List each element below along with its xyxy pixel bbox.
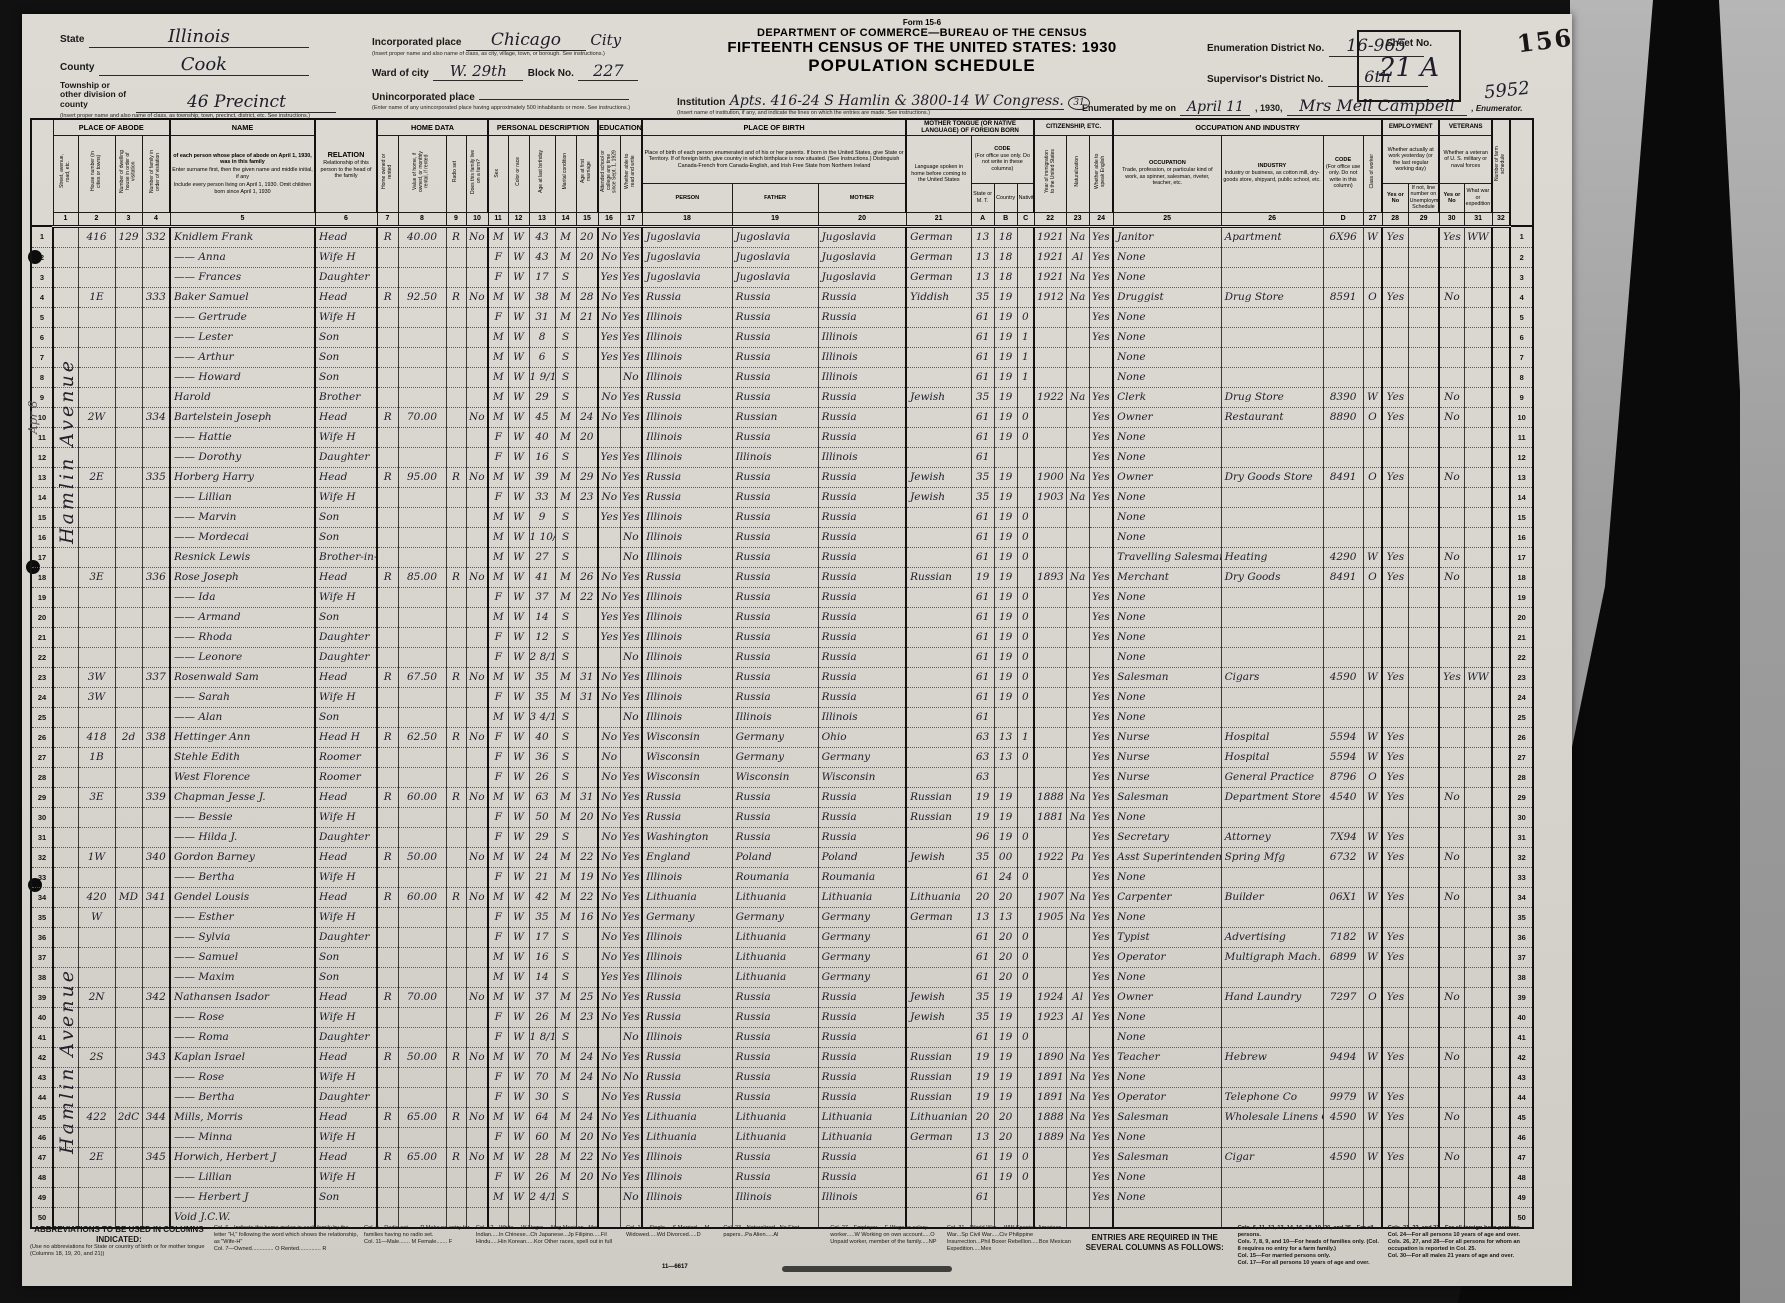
name-desc-2: Enter surname first, then the given name… — [171, 166, 314, 181]
code-a-header: State or M. T. — [971, 184, 994, 213]
dwelling-number — [115, 807, 142, 827]
occupation: Operator — [1113, 1087, 1221, 1107]
home-value: 50.00 — [398, 847, 446, 867]
street — [53, 907, 78, 927]
name: —— Sylvia — [170, 927, 315, 947]
speaks-english: Yes — [1089, 627, 1113, 647]
code-d: 06X1 — [1323, 887, 1363, 907]
column-number: B — [994, 212, 1017, 226]
war — [1464, 467, 1492, 487]
unemployment-line — [1408, 447, 1439, 467]
school: Yes — [598, 627, 620, 647]
farm-schedule — [1492, 347, 1510, 367]
age-first-marriage — [576, 1187, 598, 1207]
group-name: NAME — [170, 119, 315, 136]
war — [1464, 867, 1492, 887]
legend-entries-title-text: ENTRIES ARE REQUIRED IN THE SEVERAL COLU… — [1078, 1233, 1232, 1252]
read-write — [620, 747, 642, 767]
farm-schedule — [1492, 1007, 1510, 1027]
industry: Spring Mfg — [1221, 847, 1323, 867]
home-owned — [377, 967, 398, 987]
occupation: None — [1113, 1067, 1221, 1087]
code-d — [1323, 247, 1363, 267]
industry — [1221, 267, 1323, 287]
line-number-right: 28 — [1510, 767, 1533, 787]
dwelling-number — [115, 247, 142, 267]
war — [1464, 707, 1492, 727]
immigration-year: 1905 — [1034, 907, 1066, 927]
code-b — [994, 707, 1017, 727]
color-race: W — [508, 567, 529, 587]
school: No — [598, 687, 620, 707]
farm-schedule — [1492, 247, 1510, 267]
occupation: None — [1113, 807, 1221, 827]
veteran: No — [1439, 1107, 1464, 1127]
column-number: 4 — [142, 212, 170, 226]
sex: M — [488, 1187, 508, 1207]
age-first-marriage — [576, 947, 598, 967]
read-write: Yes — [620, 607, 642, 627]
unemployment-line — [1408, 1167, 1439, 1187]
school — [598, 547, 620, 567]
farm: No — [466, 1107, 488, 1127]
street — [53, 287, 78, 307]
street — [53, 627, 78, 647]
line-number: 26 — [31, 727, 53, 747]
code-a: 35 — [971, 987, 994, 1007]
sex: M — [488, 707, 508, 727]
veteran — [1439, 967, 1464, 987]
birthplace-father: Russian — [732, 407, 818, 427]
home-owned: R — [377, 727, 398, 747]
line-number-right: 21 — [1510, 627, 1533, 647]
worker-class — [1363, 487, 1382, 507]
worker-class — [1363, 367, 1382, 387]
age-first-marriage — [576, 967, 598, 987]
immigration-year — [1034, 767, 1066, 787]
war — [1464, 507, 1492, 527]
code-b: 19 — [994, 1067, 1017, 1087]
code-a: 13 — [971, 247, 994, 267]
code-a: 19 — [971, 1047, 994, 1067]
legend-entries-b: Cols. 7, 8, 9, and 10—For heads of famil… — [1238, 1239, 1382, 1253]
line-number-right: 12 — [1510, 447, 1533, 467]
radio-set: R — [446, 567, 466, 587]
marital: S — [555, 267, 576, 287]
line-number-right: 6 — [1510, 327, 1533, 347]
relation: Head — [315, 667, 377, 687]
veteran — [1439, 367, 1464, 387]
line-number: 20 — [31, 607, 53, 627]
line-number-right: 24 — [1510, 687, 1533, 707]
column-number: 31 — [1464, 212, 1492, 226]
farm-schedule — [1492, 327, 1510, 347]
veteran — [1439, 527, 1464, 547]
line-number-right: 31 — [1510, 827, 1533, 847]
unemployment-line — [1408, 347, 1439, 367]
farm-schedule — [1492, 907, 1510, 927]
birthplace-person: Illinois — [642, 1187, 732, 1207]
line-number: 33 — [31, 867, 53, 887]
marital: S — [555, 1087, 576, 1107]
school: No — [598, 847, 620, 867]
home-value: 92.50 — [398, 287, 446, 307]
birthplace-mother: Russia — [818, 1007, 906, 1027]
school — [598, 427, 620, 447]
farm-schedule — [1492, 467, 1510, 487]
worker-class — [1363, 1067, 1382, 1087]
school: No — [598, 1147, 620, 1167]
age: 39 — [529, 467, 555, 487]
school: Yes — [598, 327, 620, 347]
line-number: 35 — [31, 907, 53, 927]
county-value: Cook — [99, 54, 309, 76]
column-number: 32 — [1492, 212, 1510, 226]
farm-schedule — [1492, 607, 1510, 627]
immigration-year — [1034, 347, 1066, 367]
veteran — [1439, 267, 1464, 287]
col-home-owned: Home owned or rented — [377, 136, 398, 213]
birthplace-mother: Russia — [818, 607, 906, 627]
sex: M — [488, 967, 508, 987]
code-b: 18 — [994, 267, 1017, 287]
birthplace-mother: Russia — [818, 567, 906, 587]
industry — [1221, 247, 1323, 267]
industry: Department Store — [1221, 787, 1323, 807]
birthplace-father: Russia — [732, 567, 818, 587]
home-owned: R — [377, 467, 398, 487]
birthplace-father: Lithuania — [732, 967, 818, 987]
code-d: 9494 — [1323, 1047, 1363, 1067]
occupation: Owner — [1113, 467, 1221, 487]
veteran — [1439, 747, 1464, 767]
speaks-english: Yes — [1089, 907, 1113, 927]
read-write: Yes — [620, 827, 642, 847]
line-number: 1 — [31, 226, 53, 247]
industry — [1221, 1027, 1323, 1047]
industry: Telephone Co — [1221, 1087, 1323, 1107]
table-row: 43—— RoseWife HFW70M24NoNoRussiaRussiaRu… — [31, 1067, 1533, 1087]
radio-set: R — [446, 226, 466, 247]
line-number-right: 10 — [1510, 407, 1533, 427]
radio-label: Radio set — [453, 161, 459, 182]
industry-header: INDUSTRY Industry or business, as cotton… — [1221, 136, 1323, 213]
marital: M — [555, 1127, 576, 1147]
at-work — [1382, 247, 1408, 267]
naturalization — [1066, 727, 1089, 747]
line-number-right: 41 — [1510, 1027, 1533, 1047]
marital: S — [555, 387, 576, 407]
table-row: 25—— AlanSonMW3 4/12SNoIllinoisIllinoisI… — [31, 707, 1533, 727]
family-number — [142, 1167, 170, 1187]
speaks-english — [1089, 1027, 1113, 1047]
at-work: Yes — [1382, 947, 1408, 967]
code-d: 7X94 — [1323, 827, 1363, 847]
occupation: Merchant — [1113, 567, 1221, 587]
war — [1464, 647, 1492, 667]
veteran — [1439, 867, 1464, 887]
table-row: 392N342Nathansen IsadorHeadR70.00NoMW37M… — [31, 987, 1533, 1007]
marital: S — [555, 927, 576, 947]
code-d — [1323, 967, 1363, 987]
naturalization: Na — [1066, 267, 1089, 287]
code-d — [1323, 627, 1363, 647]
family-number — [142, 447, 170, 467]
age-first-marriage — [576, 267, 598, 287]
age: 37 — [529, 987, 555, 1007]
naturalization — [1066, 707, 1089, 727]
age-first-marriage — [576, 507, 598, 527]
line-number: 30 — [31, 807, 53, 827]
family-number — [142, 347, 170, 367]
table-row: 37—— SamuelSonMW16SNoYesIllinoisLithuani… — [31, 947, 1533, 967]
dwelling-number — [115, 1147, 142, 1167]
table-row: 44—— BerthaDaughterFW30SNoYesRussiaRussi… — [31, 1087, 1533, 1107]
birthplace-mother: Russia — [818, 307, 906, 327]
column-number: 6 — [315, 212, 377, 226]
header-left-block: State Illinois County Cook Township or o… — [60, 26, 360, 119]
speaks-english: Yes — [1089, 427, 1113, 447]
speaks-english: Yes — [1089, 747, 1113, 767]
speaks-english: Yes — [1089, 587, 1113, 607]
unemployment-line — [1408, 987, 1439, 1007]
dwelling-number — [115, 787, 142, 807]
unemployment-line — [1408, 1067, 1439, 1087]
marital: S — [555, 1027, 576, 1047]
sheet-number-label: Sheet No. — [1359, 38, 1459, 49]
worker-class: O — [1363, 987, 1382, 1007]
farm-schedule — [1492, 687, 1510, 707]
unincorporated-value — [479, 89, 629, 100]
veteran: No — [1439, 847, 1464, 867]
line-number-right: 40 — [1510, 1007, 1533, 1027]
color-race: W — [508, 587, 529, 607]
sex: F — [488, 907, 508, 927]
code-d — [1323, 487, 1363, 507]
birthplace-father: Russia — [732, 827, 818, 847]
line-number: 7 — [31, 347, 53, 367]
worker-class: W — [1363, 547, 1382, 567]
occupation: Owner — [1113, 407, 1221, 427]
industry — [1221, 1127, 1323, 1147]
immigration-year — [1034, 407, 1066, 427]
house-number — [78, 707, 115, 727]
group-occupation-industry: OCCUPATION AND INDUSTRY — [1113, 119, 1382, 136]
industry — [1221, 487, 1323, 507]
color-race: W — [508, 607, 529, 627]
age: 28 — [529, 1147, 555, 1167]
home-value — [398, 707, 446, 727]
worker-class: W — [1363, 947, 1382, 967]
family-number: 335 — [142, 467, 170, 487]
veteran — [1439, 307, 1464, 327]
age-first-marriage — [576, 1027, 598, 1047]
speaks-english: Yes — [1089, 387, 1113, 407]
legend-col9-11: Col. 9—Radio set....... R Make no entry … — [364, 1225, 470, 1267]
color-race: W — [508, 407, 529, 427]
marital: S — [555, 767, 576, 787]
worker-class: W — [1363, 1047, 1382, 1067]
table-row: 33—— BerthaWife HFW21M19NoYesIllinoisRou… — [31, 867, 1533, 887]
veteran: No — [1439, 287, 1464, 307]
dwelling-number — [115, 1187, 142, 1207]
line-number: 49 — [31, 1187, 53, 1207]
home-owned-label: Home owned or rented — [382, 149, 394, 194]
birthplace-person: Illinois — [642, 627, 732, 647]
unemployment-line — [1408, 907, 1439, 927]
table-row: 17Resnick LewisBrother-in-lawMW27SNoIlli… — [31, 547, 1533, 567]
code-d — [1323, 427, 1363, 447]
line-number: 22 — [31, 647, 53, 667]
worker-class — [1363, 707, 1382, 727]
name: Horberg Harry — [170, 467, 315, 487]
mother-tongue: Russian — [906, 567, 971, 587]
birthplace-person: Russia — [642, 1067, 732, 1087]
line-number-right: 34 — [1510, 887, 1533, 907]
code-d: 8390 — [1323, 387, 1363, 407]
school: No — [598, 307, 620, 327]
code-d: 8890 — [1323, 407, 1363, 427]
line-number: 18 — [31, 567, 53, 587]
code-d — [1323, 1127, 1363, 1147]
speaks-english: Yes — [1089, 487, 1113, 507]
unincorporated-note: (Enter name of any unincorporated place … — [372, 105, 662, 111]
enumerated-label: Enumerated by me on — [1082, 103, 1176, 113]
age: 3 4/12 — [529, 707, 555, 727]
family-number — [142, 267, 170, 287]
home-value — [398, 807, 446, 827]
code-c — [1017, 287, 1034, 307]
marital: M — [555, 1047, 576, 1067]
table-row: 271BStehle EdithRoomerFW36SNoWisconsinGe… — [31, 747, 1533, 767]
immigration-year: 1921 — [1034, 267, 1066, 287]
farm — [466, 907, 488, 927]
school: No — [598, 467, 620, 487]
county-field: County Cook — [60, 54, 360, 76]
code-c: 0 — [1017, 607, 1034, 627]
war — [1464, 807, 1492, 827]
worker-class: W — [1363, 787, 1382, 807]
code-b: 19 — [994, 1167, 1017, 1187]
radio-set — [446, 947, 466, 967]
unemployment-line — [1408, 367, 1439, 387]
code-a: 61 — [971, 327, 994, 347]
name: —— Anna — [170, 247, 315, 267]
school — [598, 647, 620, 667]
birthplace-person: Illinois — [642, 507, 732, 527]
farm-schedule — [1492, 267, 1510, 287]
code-b: 19 — [994, 347, 1017, 367]
at-work: Yes — [1382, 1107, 1408, 1127]
war — [1464, 627, 1492, 647]
age: 33 — [529, 487, 555, 507]
home-value: 95.00 — [398, 467, 446, 487]
name: —— Mordecai — [170, 527, 315, 547]
radio-set: R — [446, 887, 466, 907]
worker-class: W — [1363, 887, 1382, 907]
naturalization: Na — [1066, 467, 1089, 487]
line-number-right: 46 — [1510, 1127, 1533, 1147]
farm — [466, 367, 488, 387]
table-row: 41—— RomaDaughterFW1 8/12SNoIllinoisRuss… — [31, 1027, 1533, 1047]
family-number — [142, 747, 170, 767]
unemployment-line — [1408, 807, 1439, 827]
worker-class — [1363, 247, 1382, 267]
at-work — [1382, 487, 1408, 507]
veteran — [1439, 1007, 1464, 1027]
color-race: W — [508, 927, 529, 947]
home-value — [398, 1167, 446, 1187]
line-number-right: 19 — [1510, 587, 1533, 607]
birthplace-father: Russia — [732, 327, 818, 347]
house-number: 2W — [78, 407, 115, 427]
code-a: 20 — [971, 887, 994, 907]
code-b: 00 — [994, 847, 1017, 867]
radio-set — [446, 767, 466, 787]
marital: S — [555, 727, 576, 747]
birthplace-mother: Illinois — [818, 707, 906, 727]
home-value — [398, 587, 446, 607]
relation: Daughter — [315, 1087, 377, 1107]
radio-set — [446, 707, 466, 727]
radio-set — [446, 507, 466, 527]
marital: S — [555, 827, 576, 847]
code-c: 0 — [1017, 947, 1034, 967]
line-number-right: 26 — [1510, 727, 1533, 747]
at-work — [1382, 447, 1408, 467]
dwelling-number — [115, 347, 142, 367]
code-c — [1017, 467, 1034, 487]
farm — [466, 307, 488, 327]
code-c: 0 — [1017, 1027, 1034, 1047]
birthplace-person: Russia — [642, 287, 732, 307]
worker-class — [1363, 1027, 1382, 1047]
unemployment-line — [1408, 1087, 1439, 1107]
school — [598, 707, 620, 727]
code-c: 1 — [1017, 327, 1034, 347]
dwelling-number — [115, 667, 142, 687]
occupation: None — [1113, 427, 1221, 447]
relation: Head — [315, 1047, 377, 1067]
relation: Daughter — [315, 267, 377, 287]
color-race: W — [508, 467, 529, 487]
read-write: Yes — [620, 347, 642, 367]
birthplace-mother: Illinois — [818, 1187, 906, 1207]
dwelling-number — [115, 747, 142, 767]
naturalization — [1066, 1167, 1089, 1187]
farm: No — [466, 727, 488, 747]
sex: M — [488, 387, 508, 407]
immigration-year — [1034, 1167, 1066, 1187]
age: 60 — [529, 1127, 555, 1147]
dwelling-number — [115, 827, 142, 847]
farm: No — [466, 887, 488, 907]
veteran — [1439, 487, 1464, 507]
column-number: 1 — [53, 212, 78, 226]
birthplace-father: Russia — [732, 1087, 818, 1107]
farm — [466, 967, 488, 987]
column-number: 29 — [1408, 212, 1439, 226]
line-number-right: 15 — [1510, 507, 1533, 527]
home-value: 65.00 — [398, 1107, 446, 1127]
age-first-marriage: 20 — [576, 1127, 598, 1147]
color-race: W — [508, 667, 529, 687]
unemployment-line — [1408, 1107, 1439, 1127]
at-work: Yes — [1382, 467, 1408, 487]
birthplace-person: Illinois — [642, 447, 732, 467]
house-number — [78, 947, 115, 967]
industry-desc: Industry or business, as cotton mill, dr… — [1222, 169, 1323, 184]
